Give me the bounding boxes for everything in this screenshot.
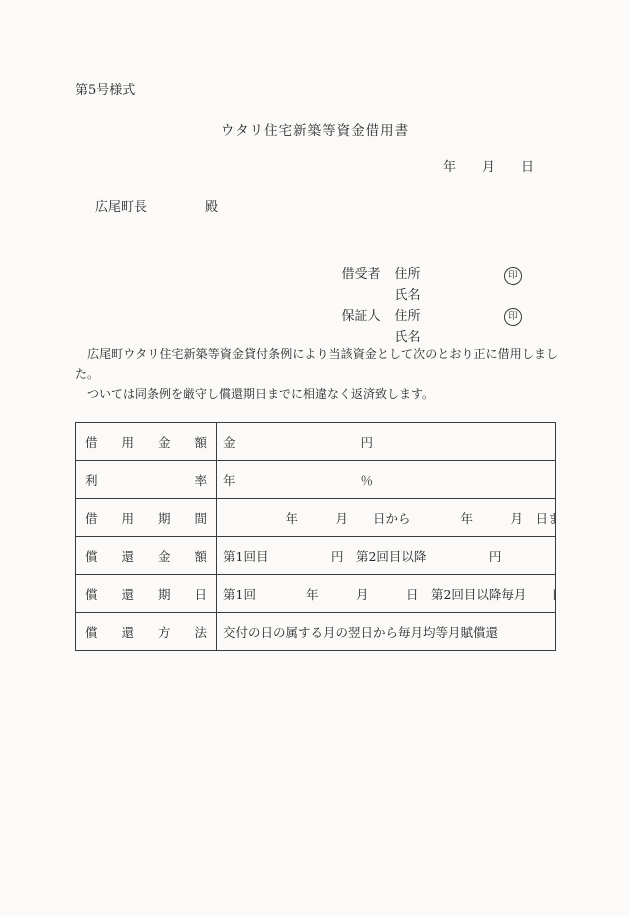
row-label: 償 還 期 日 <box>76 575 217 613</box>
date-line: 年 月 日 <box>443 156 534 175</box>
table-row-interest-rate: 利 率 年 ％ <box>76 461 556 499</box>
row-label: 借 用 期 間 <box>76 499 217 537</box>
body-paragraph-2: ついては同条例を厳守し償還期日までに相違なく返済致します。 <box>75 384 558 404</box>
row-value: 第1回目 円 第2回目以降 円 <box>217 537 556 575</box>
table-row-loan-period: 借 用 期 間 年 月 日から 年 月 日まで <box>76 499 556 537</box>
seal-character: 印 <box>508 271 518 281</box>
borrower-seal-icon: 印 <box>504 267 522 285</box>
row-label: 借 用 金 額 <box>76 423 217 461</box>
guarantor-seal-icon: 印 <box>504 308 522 326</box>
row-value: 年 月 日から 年 月 日まで <box>217 499 556 537</box>
addressee-name: 広尾町長 <box>95 196 147 215</box>
guarantor-name-label: 氏名 <box>395 330 421 345</box>
document-title: ウタリ住宅新築等資金借用書 <box>0 119 630 139</box>
row-label: 利 率 <box>76 461 217 499</box>
row-value: 第1回 年 月 日 第2回目以降毎月 日 <box>217 575 556 613</box>
row-value: 金 円 <box>217 423 556 461</box>
borrower-role-label: 借受者 <box>342 263 381 282</box>
row-value: 年 ％ <box>217 461 556 499</box>
row-value: 交付の日の属する月の翌日から毎月均等月賦償還 <box>217 613 556 651</box>
addressee-honorific: 殿 <box>205 196 218 215</box>
body-paragraph-1: 広尾町ウタリ住宅新築等資金貸付条例により当該資金として次のとおり正に借用しました… <box>75 344 558 384</box>
row-label: 償 還 方 法 <box>76 613 217 651</box>
table-row-repayment-method: 償 還 方 法 交付の日の属する月の翌日から毎月均等月賦償還 <box>76 613 556 651</box>
guarantor-role-label: 保証人 <box>342 305 381 324</box>
loan-terms-table: 借 用 金 額 金 円 利 率 年 ％ 借 用 期 間 年 月 日から 年 月 … <box>75 422 556 651</box>
table-row-repayment-amount: 償 還 金 額 第1回目 円 第2回目以降 円 <box>76 537 556 575</box>
table-row-loan-amount: 借 用 金 額 金 円 <box>76 423 556 461</box>
row-label: 償 還 金 額 <box>76 537 217 575</box>
table-row-repayment-date: 償 還 期 日 第1回 年 月 日 第2回目以降毎月 日 <box>76 575 556 613</box>
body-paragraphs: 広尾町ウタリ住宅新築等資金貸付条例により当該資金として次のとおり正に借用しました… <box>75 344 558 404</box>
seal-character: 印 <box>508 312 518 322</box>
loan-form-document: 第5号様式 ウタリ住宅新築等資金借用書 年 月 日 広尾町長 殿 借受者住所 氏… <box>0 0 630 916</box>
form-number: 第5号様式 <box>75 79 135 98</box>
